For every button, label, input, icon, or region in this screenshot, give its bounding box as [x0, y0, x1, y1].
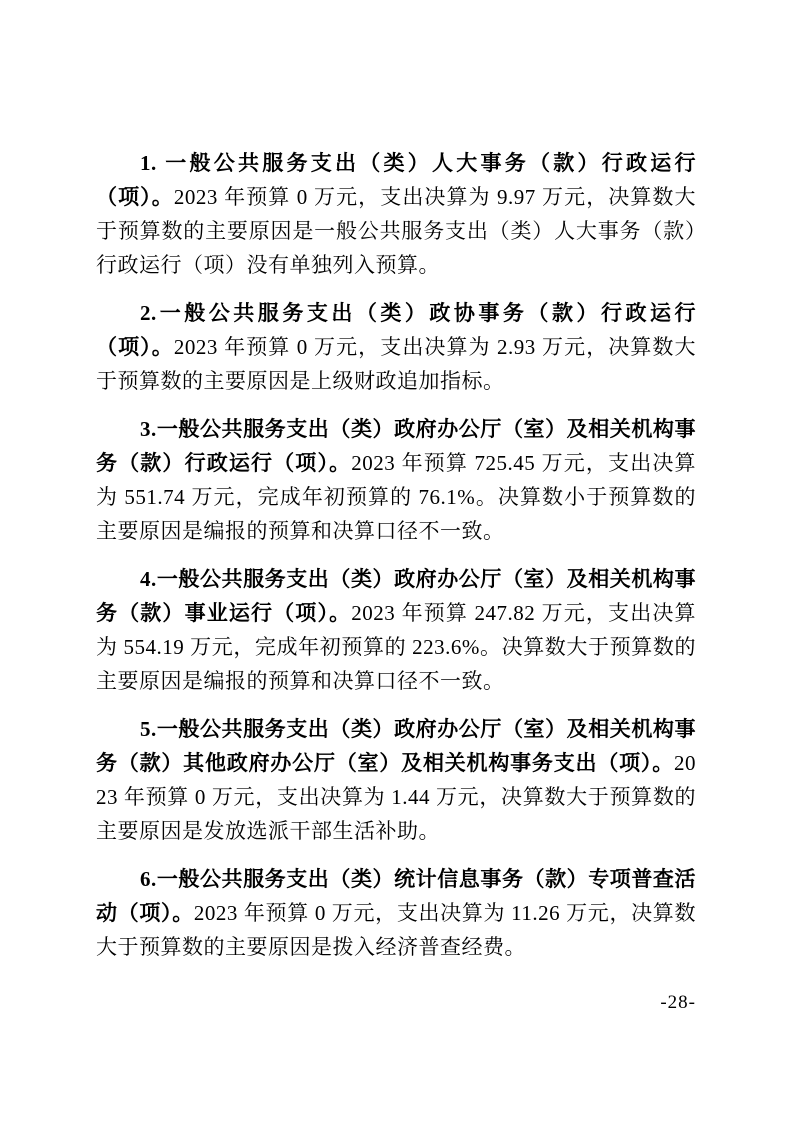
budget-explanation-section: 1. 一般公共服务支出（类）人大事务（款）行政运行（项）。2023 年预算 0 … [96, 146, 696, 964]
budget-item-paragraph-2: 2.一般公共服务支出（类）政协事务（款）行政运行（项）。2023 年预算 0 万… [96, 296, 696, 398]
budget-item-paragraph-3: 3.一般公共服务支出（类）政府办公厅（室）及相关机构事务（款）行政运行（项）。2… [96, 412, 696, 548]
page-footer: -28- [96, 992, 696, 1014]
document-page: 1. 一般公共服务支出（类）人大事务（款）行政运行（项）。2023 年预算 0 … [0, 0, 793, 1122]
budget-item-paragraph-1: 1. 一般公共服务支出（类）人大事务（款）行政运行（项）。2023 年预算 0 … [96, 146, 696, 282]
budget-item-paragraph-4: 4.一般公共服务支出（类）政府办公厅（室）及相关机构事务（款）事业运行（项）。2… [96, 562, 696, 698]
budget-item-heading: 5.一般公共服务支出（类）政府办公厅（室）及相关机构事务（款）其他政府办公厅（室… [96, 717, 696, 775]
budget-item-paragraph-6: 6.一般公共服务支出（类）统计信息事务（款）专项普查活动（项）。2023 年预算… [96, 862, 696, 964]
budget-item-body: 2023 年预算 0 万元，支出决算为 2.93 万元，决算数大于预算数的主要原… [96, 335, 696, 393]
budget-item-body: 2023 年预算 0 万元，支出决算为 9.97 万元，决算数大于预算数的主要原… [96, 185, 696, 277]
budget-item-paragraph-5: 5.一般公共服务支出（类）政府办公厅（室）及相关机构事务（款）其他政府办公厅（室… [96, 712, 696, 848]
page-number: -28- [660, 992, 696, 1013]
